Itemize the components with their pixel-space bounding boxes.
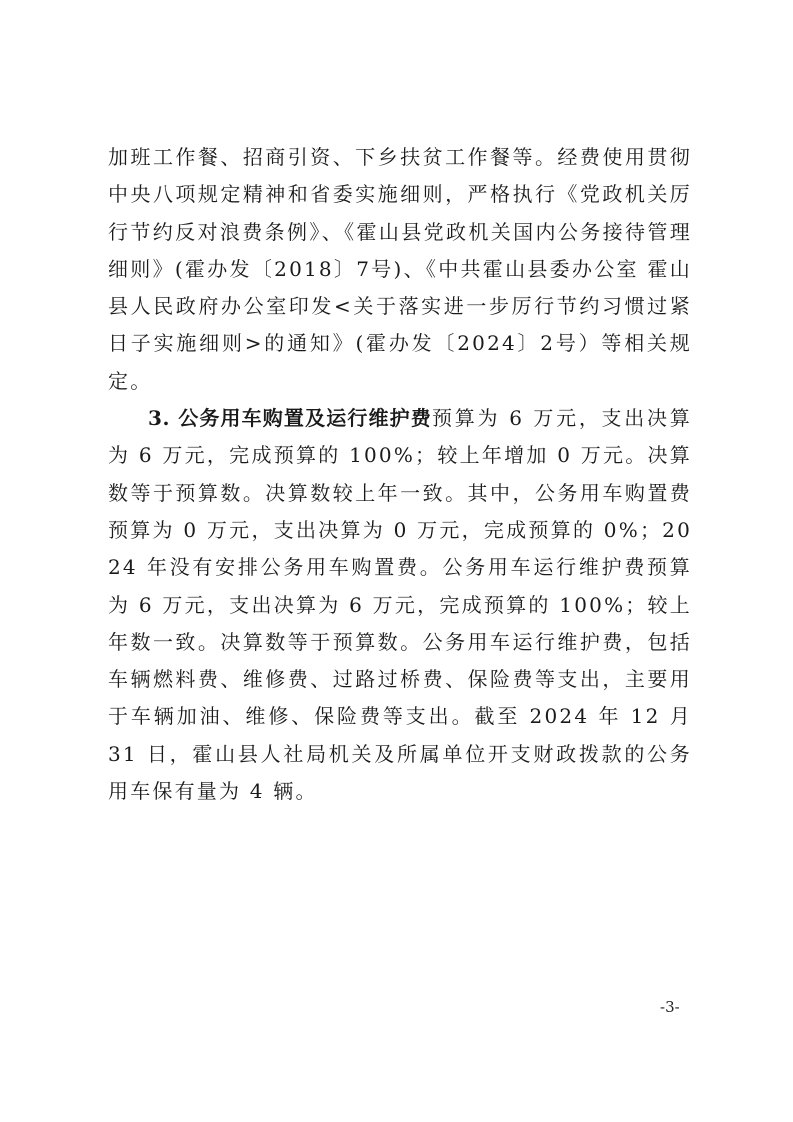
page-number: -3- [660,998,680,1016]
paragraph-reception-rules: 加班工作餐、招商引资、下乡扶贫工作餐等。经费使用贯彻中央八项规定精神和省委实施细… [108,139,692,400]
section-heading: 3. 公务用车购置及运行维护费 [148,406,432,430]
paragraph-text: 加班工作餐、招商引资、下乡扶贫工作餐等。经费使用贯彻中央八项规定精神和省委实施细… [108,145,692,393]
paragraph-text: 预算为 6 万元，支出决算为 6 万元，完成预算的 100%；较上年增加 0 万… [108,406,692,803]
document-page: 加班工作餐、招商引资、下乡扶贫工作餐等。经费使用贯彻中央八项规定精神和省委实施细… [108,139,692,810]
paragraph-official-vehicles: 3. 公务用车购置及运行维护费预算为 6 万元，支出决算为 6 万元，完成预算的… [108,400,692,810]
